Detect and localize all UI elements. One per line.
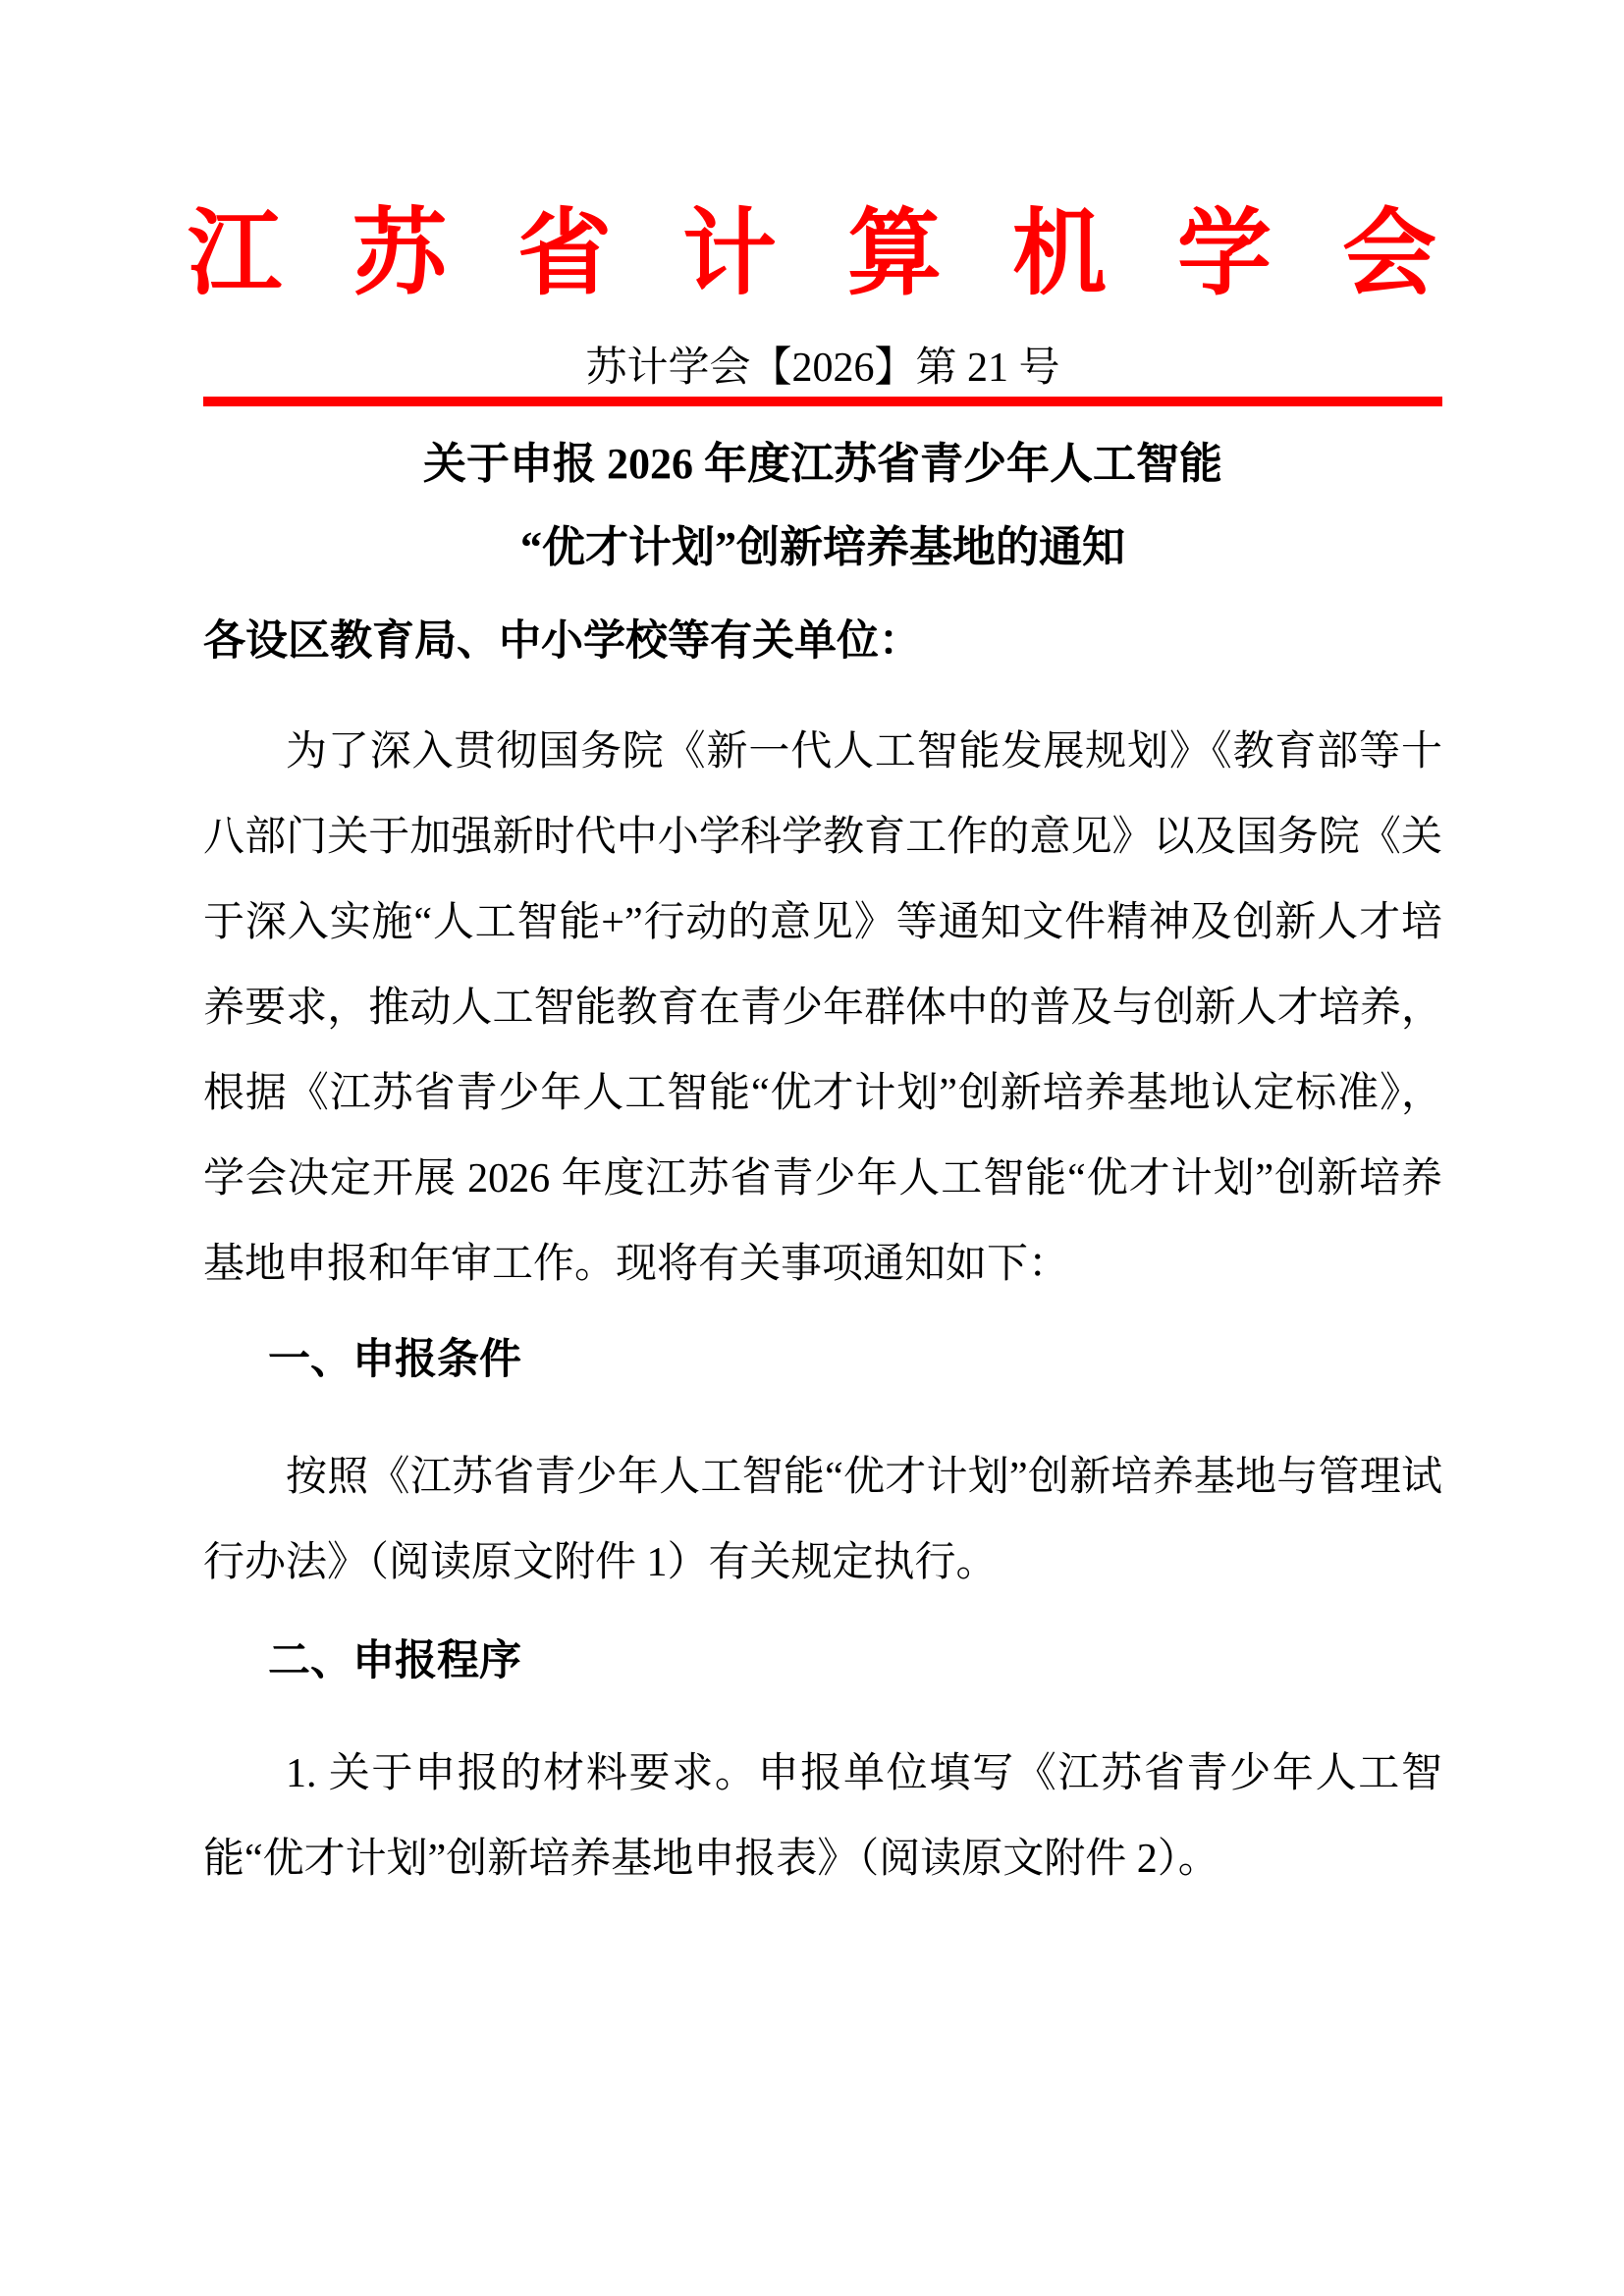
section-1-paragraph: 按照《江苏省青少年人工智能“优才计划”创新培养基地与管理试行办法》（阅读原文附件…	[203, 1435, 1442, 1606]
masthead-org-name: 江苏省计算机学会	[0, 207, 1624, 301]
section-2-paragraph: 1. 关于申报的材料要求。申报单位填写《江苏省青少年人工智能“优才计划”创新培养…	[203, 1732, 1442, 1902]
document-title-line-2: “优才计划”创新培养基地的通知	[203, 506, 1442, 589]
document-content: 苏计学会【2026】第 21 号 关于申报 2026 年度江苏省青少年人工智能 …	[0, 347, 1624, 1902]
notice-page: 江苏省计算机学会 苏计学会【2026】第 21 号 关于申报 2026 年度江苏…	[0, 0, 1624, 2296]
section-2-heading: 二、申报程序	[203, 1640, 1442, 1682]
doc-number: 苏计学会【2026】第 21 号	[203, 347, 1442, 389]
section-1-heading: 一、申报条件	[203, 1339, 1442, 1381]
document-title: 关于申报 2026 年度江苏省青少年人工智能 “优才计划”创新培养基地的通知	[203, 422, 1442, 589]
body-paragraph-intro: 为了深入贯彻国务院《新一代人工智能发展规划》《教育部等十八部门关于加强新时代中小…	[203, 710, 1442, 1308]
document-title-line-1: 关于申报 2026 年度江苏省青少年人工智能	[203, 422, 1442, 506]
red-divider-rule	[203, 397, 1442, 406]
salutation: 各设区教育局、中小学校等有关单位：	[203, 620, 1442, 663]
